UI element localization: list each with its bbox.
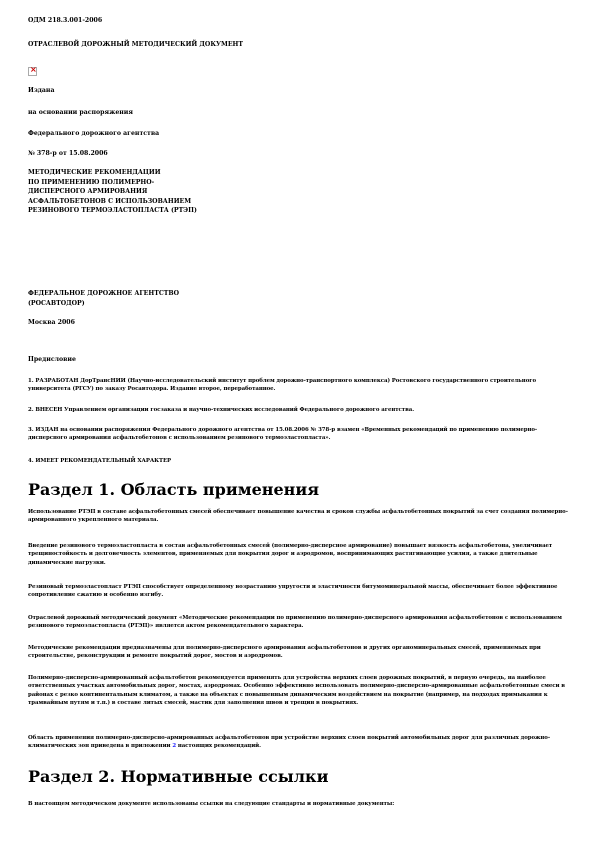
foreword-item: 3. ИЗДАН на основании распоряжения Федер…	[28, 426, 570, 443]
title-line: АСФАЛЬТОБЕТОНОВ С ИСПОЛЬЗОВАНИЕМ	[28, 197, 191, 206]
publisher-line: (РОСАВТОДОР)	[28, 299, 85, 308]
broken-image-icon	[28, 67, 37, 76]
foreword-item: 4. ИМЕЕТ РЕКОМЕНДАТЕЛЬНЫЙ ХАРАКТЕР	[28, 457, 570, 465]
section1-paragraph: Область применения полимерно-дисперсно-а…	[28, 734, 570, 751]
title-line: ДИСПЕРСНОГО АРМИРОВАНИЯ	[28, 187, 147, 196]
foreword-item: 1. РАЗРАБОТАН ДорТрансНИИ (Научно-исслед…	[28, 377, 570, 394]
section2-intro: В настоящем методическом документе испол…	[28, 800, 570, 808]
title-line: РЕЗИНОВОГО ТЕРМОЭЛАСТОПЛАСТА (РТЭП)	[28, 206, 197, 215]
issued-label: Издана	[28, 86, 54, 95]
order-number: № 378-р от 15.08.2006	[28, 149, 108, 158]
section1-paragraph: Резиновый термоэластопласт РТЭП способст…	[28, 583, 570, 600]
section1-paragraph: Полимерно-дисперсно-армированный асфальт…	[28, 674, 570, 707]
publisher-line: ФЕДЕРАЛЬНОЕ ДОРОЖНОЕ АГЕНТСТВО	[28, 289, 179, 298]
section1-paragraph: Отраслевой дорожный методический докумен…	[28, 614, 570, 631]
title-line: ПО ПРИМЕНЕНИЮ ПОЛИМЕРНО-	[28, 178, 154, 187]
title-line: МЕТОДИЧЕСКИЕ РЕКОМЕНДАЦИИ	[28, 168, 161, 177]
basis-text: на основании распоряжения	[28, 108, 133, 117]
section1-paragraph: Введение резинового термоэластопласта в …	[28, 542, 570, 567]
foreword-item: 2. ВНЕСЕН Управлением организации госзак…	[28, 406, 570, 414]
section1-paragraph: Использование РТЭП в составе асфальтобет…	[28, 508, 570, 525]
place-year: Москва 2006	[28, 318, 75, 327]
agency-text: Федерального дорожного агентства	[28, 129, 159, 138]
section2-heading: Раздел 2. Нормативные ссылки	[28, 768, 328, 786]
foreword-title: Предисловие	[28, 355, 76, 364]
doc-type: ОТРАСЛЕВОЙ ДОРОЖНЫЙ МЕТОДИЧЕСКИЙ ДОКУМЕН…	[28, 40, 243, 49]
section1-heading: Раздел 1. Область применения	[28, 481, 319, 499]
section1-paragraph: Методические рекомендации предназначены …	[28, 644, 570, 661]
doc-code: ОДМ 218.3.001-2006	[28, 16, 102, 25]
